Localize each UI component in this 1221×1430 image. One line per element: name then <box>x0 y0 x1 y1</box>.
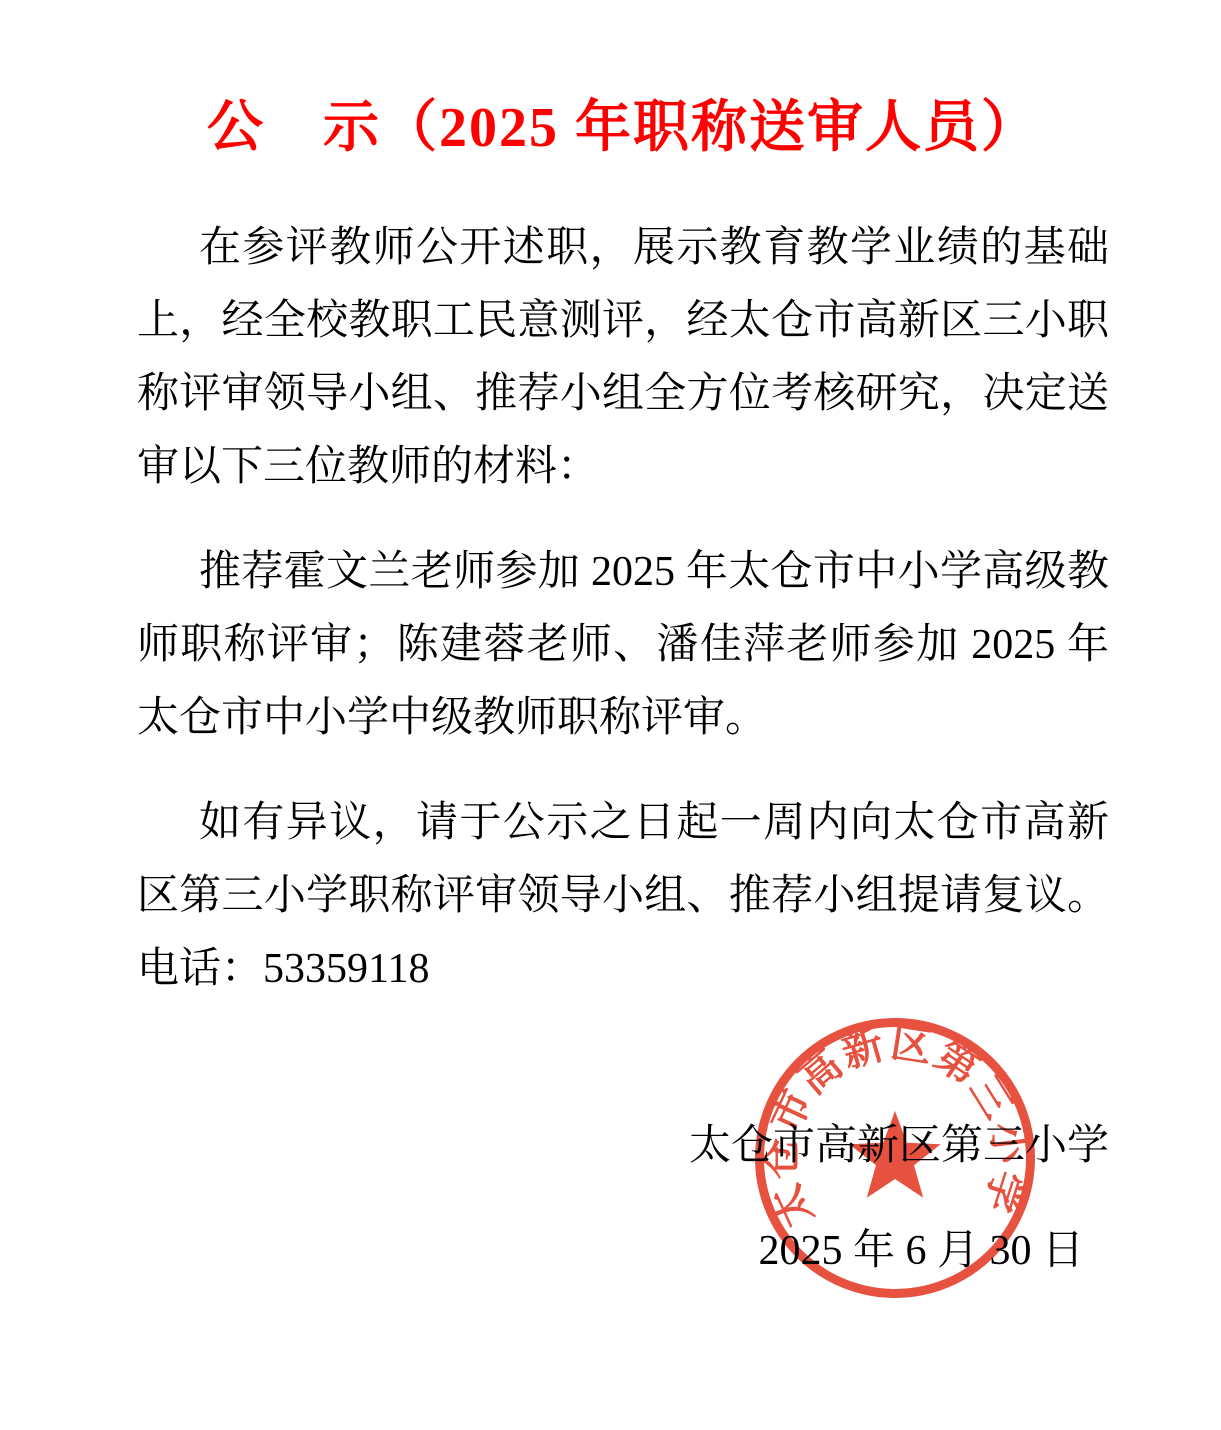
date-line: 2025 年 6 月 30 日 <box>137 1215 1109 1288</box>
signature-line: 太仓市高新区第三小学 <box>137 1110 1109 1183</box>
notice-page: 公 示（2025 年职称送审人员） 在参评教师公开述职，展示教育教学业绩的基础上… <box>0 0 1221 1430</box>
paragraph-intro: 在参评教师公开述职，展示教育教学业绩的基础上，经全校教职工民意测评，经太仓市高新… <box>137 212 1109 504</box>
paragraph-objection: 如有异议，请于公示之日起一周内向太仓市高新区第三小学职称评审领导小组、推荐小组提… <box>137 787 1109 1006</box>
paragraph-recommendations: 推荐霍文兰老师参加 2025 年太仓市中小学高级教师职称评审；陈建蓉老师、潘佳萍… <box>137 536 1109 755</box>
page-title: 公 示（2025 年职称送审人员） <box>137 88 1109 168</box>
